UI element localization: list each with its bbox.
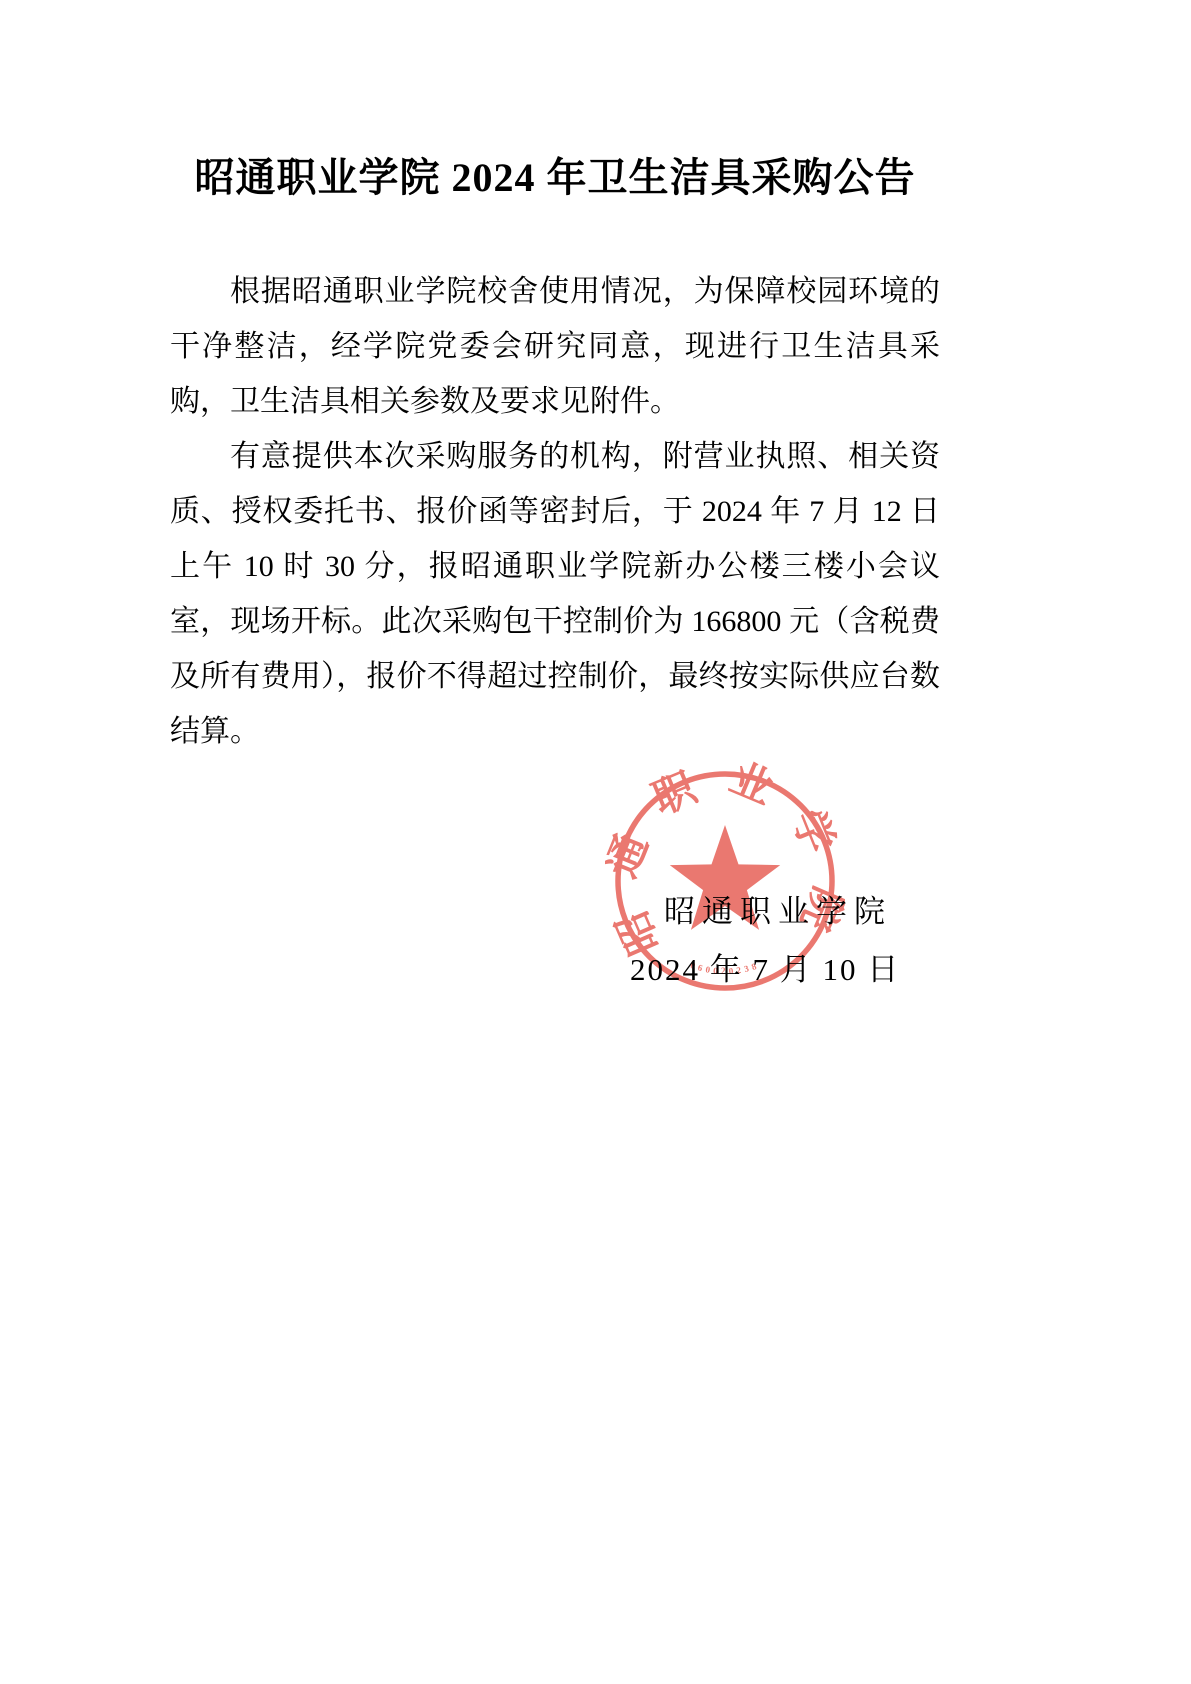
signature-date: 2024 年 7 月 10 日 [630,944,900,989]
seal-ring-text-holder: 昭通职业学院 [605,761,845,961]
paragraph-1: 根据昭通职业学院校舍使用情况，为保障校园环境的干净整洁，经学院党委会研究同意，现… [170,264,940,429]
document-page: 昭通职业学院 2024 年卫生洁具采购公告 根据昭通职业学院校舍使用情况，为保障… [0,0,1191,1684]
paragraph-2: 有意提供本次采购服务的机构，附营业执照、相关资质、授权委托书、报价函等密封后，于… [170,429,940,759]
document-body: 根据昭通职业学院校舍使用情况，为保障校园环境的干净整洁，经学院党委会研究同意，现… [170,264,940,759]
document-title: 昭通职业学院 2024 年卫生洁具采购公告 [170,146,940,203]
signature-organization: 昭通职业学院 [664,886,892,931]
seal-ring-text: 昭通职业学院 [605,761,845,961]
